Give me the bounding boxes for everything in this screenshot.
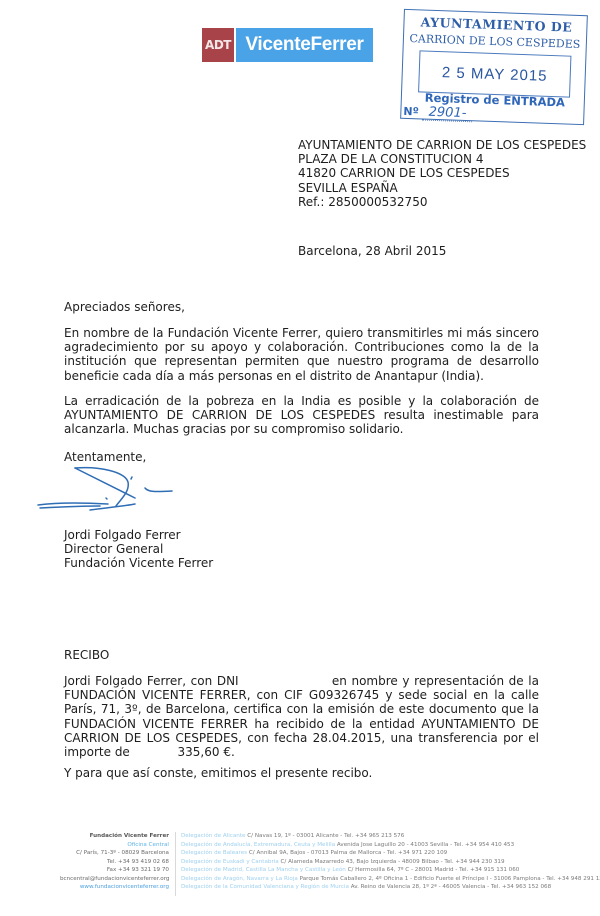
footer-email[interactable]: bcncentral@fundacionvicenteferrer.org <box>60 875 169 884</box>
stamp-number-value: 2901- <box>422 105 472 123</box>
delegation-item: Delegación de Alicante C/ Navas 19, 1º -… <box>181 832 600 841</box>
receipt-body: Jordi Folgado Ferrer, con DNI en nombre … <box>64 674 539 759</box>
receipt-text-before-dni: Jordi Folgado Ferrer, con DNI <box>64 674 239 688</box>
stamp-line-1: AYUNTAMIENTO DE <box>412 14 580 35</box>
recipient-address: AYUNTAMIENTO DE CARRION DE LOS CESPEDES … <box>298 138 586 209</box>
recipient-line: AYUNTAMIENTO DE CARRION DE LOS CESPEDES <box>298 138 586 152</box>
footer-divider <box>175 832 176 896</box>
receipt-closing: Y para que así conste, emitimos el prese… <box>64 766 372 780</box>
delegation-item: Delegación de la Comunidad Valenciana y … <box>181 883 600 892</box>
signer-title: Director General <box>64 542 213 556</box>
receipt-title: RECIBO <box>64 648 109 662</box>
letter-paragraph-2: La erradicación de la pobreza en la Indi… <box>64 394 539 437</box>
footer-tel: Tel. +34 93 419 02 68 <box>60 858 169 867</box>
recipient-line: PLAZA DE LA CONSTITUCION 4 <box>298 152 586 166</box>
letterhead-footer: Fundación Vicente Ferrer Oficina Central… <box>60 832 600 902</box>
footer-website[interactable]: www.fundacionvicenteferrer.org <box>60 883 169 892</box>
letter-date: Barcelona, 28 Abril 2015 <box>298 244 446 258</box>
recipient-line: SEVILLA ESPAÑA <box>298 181 586 195</box>
stamp-number-label: Nº <box>403 105 419 119</box>
delegation-item: Delegación de Madrid, Castilla La Mancha… <box>181 866 600 875</box>
letter-paragraph-1: En nombre de la Fundación Vicente Ferrer… <box>64 326 539 383</box>
recipient-line: 41820 CARRION DE LOS CESPEDES <box>298 166 586 180</box>
delegation-item: Delegación de Aragón, Navarra y La Rioja… <box>181 875 600 884</box>
head-office-block: Fundación Vicente Ferrer Oficina Central… <box>60 832 169 892</box>
logo-mark: ADT <box>202 28 234 62</box>
letter-greeting: Apreciados señores, <box>64 300 185 314</box>
signature-icon <box>30 462 190 522</box>
delegation-item: Delegación de Andalucía, Extremadura, Ce… <box>181 841 600 850</box>
footer-address: C/ París, 71-3º - 08029 Barcelona <box>60 849 169 858</box>
logo-wordmark: VicenteFerrer <box>236 28 373 62</box>
footer-fax: Fax +34 93 321 19 70 <box>60 866 169 875</box>
stamp-number: Nº 2901- <box>403 104 473 121</box>
vicente-ferrer-logo: ADT VicenteFerrer <box>202 28 373 62</box>
footer-organization: Fundación Vicente Ferrer <box>60 832 169 841</box>
stamp-line-2: CARRION DE LOS CESPEDES <box>406 32 584 51</box>
signer-name: Jordi Folgado Ferrer <box>64 528 213 542</box>
registry-stamp: AYUNTAMIENTO DE CARRION DE LOS CESPEDES … <box>400 9 588 125</box>
delegations-list: Delegación de Alicante C/ Navas 19, 1º -… <box>181 832 600 892</box>
delegation-item: Delegación de Euskadi y Cantabria C/ Ala… <box>181 858 600 867</box>
signer-organization: Fundación Vicente Ferrer <box>64 556 213 570</box>
receipt-amount: 335,60 <box>177 745 219 759</box>
receipt-currency: €. <box>223 745 234 759</box>
recipient-reference: Ref.: 2850000532750 <box>298 195 586 209</box>
signer-block: Jordi Folgado Ferrer Director General Fu… <box>64 528 213 571</box>
delegation-item: Delegación de Baleares C/ Annibal 9A, Ba… <box>181 849 600 858</box>
footer-office-label: Oficina Central <box>60 841 169 850</box>
